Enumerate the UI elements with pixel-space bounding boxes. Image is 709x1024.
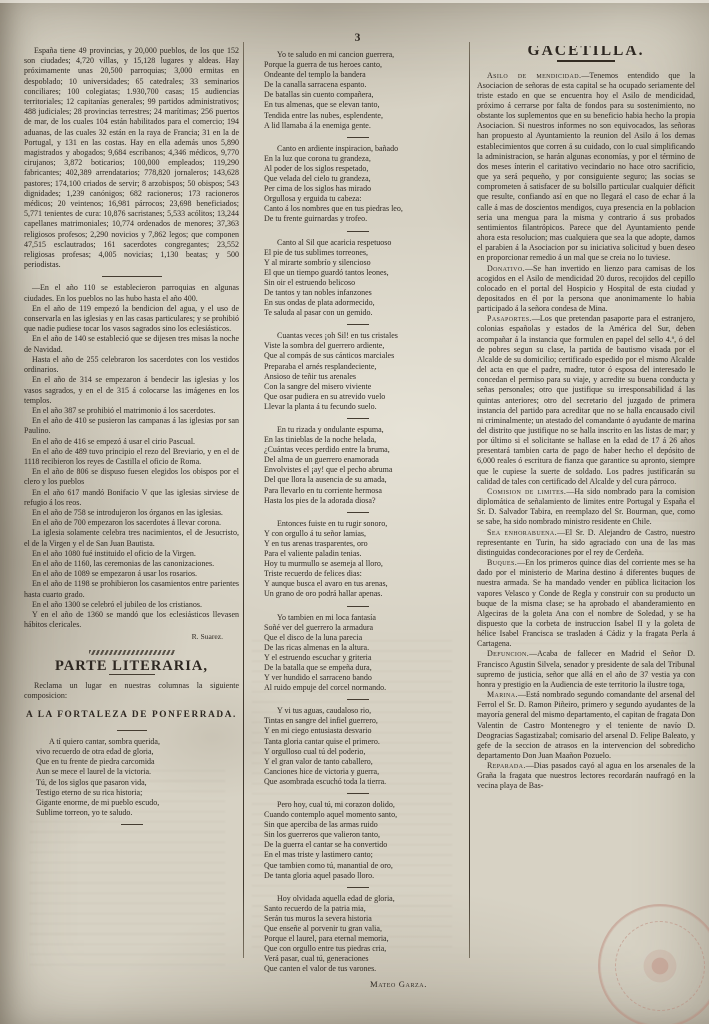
poem-line: Triste recuerdo de felices dias: — [264, 569, 463, 579]
poem-line: Preparaba el arnés resplandeciente, — [264, 362, 463, 372]
poem-line: Orgullosa y erguida tu cabeza: — [264, 194, 463, 204]
spain-statistics-paragraph: España tiene 49 provincias, y 20,000 pue… — [24, 46, 239, 270]
poem-line: Que tambien como tú, manantial de oro, — [264, 861, 463, 871]
author-signature: R. Suarez. — [24, 632, 239, 642]
decorative-rule — [89, 650, 175, 655]
poem-continuation: Yo te saludo en mi cancion guerrera,Porq… — [252, 50, 463, 975]
poem-line: Cuantas veces ¡oh Sil! en tus cristales — [264, 331, 463, 341]
poem-line: Tendida entre las nubes, esplendente, — [264, 111, 463, 121]
gacetilla-item-lead: Sea enhorabuena. — [487, 528, 557, 537]
poem-line: Hasta los pies de la adorada diosa? — [264, 496, 463, 506]
poem-line: Que enseñe al porvenir tu gran valia, — [264, 924, 463, 934]
poem-line: De batallas sin cuento compañera, — [264, 90, 463, 100]
poem-line: Que asombrada escuchó toda la tierra. — [264, 777, 463, 787]
gacetilla-item: Buques.—En los primeros quince dias del … — [477, 558, 695, 649]
poem-line: Santo recuerdo de la patria mia, — [264, 904, 463, 914]
poem-line: Soñé ver del guerrero la armadura — [264, 623, 463, 633]
poem-stanza: Pero hoy, cual tú, mi corazon dolido,Cua… — [252, 800, 463, 881]
poem-line: Tú, de los siglos que pasaron vida, — [36, 778, 239, 788]
section-divider-rule — [102, 276, 162, 277]
church-history-item: Y en el año de 1360 se mandó que los ecl… — [24, 610, 239, 630]
church-history-list: —En el año 110 se establecieron parroqui… — [24, 283, 239, 630]
church-history-item: En el año 617 mandó Bonifacio V que las … — [24, 488, 239, 508]
poem-line: Yo te saludo en mi cancion guerrera, — [264, 50, 463, 60]
poem-line: En tu rizada y ondulante espuma, — [264, 425, 463, 435]
church-history-item: En el año de 416 se empezó á usar el cir… — [24, 437, 239, 447]
poem-line: De la guerra el cantar se ha convertido — [264, 840, 463, 850]
church-history-item: En el año 1300 se celebró el jubileo de … — [24, 600, 239, 610]
poem-line: Sin que aperciba de las armas ruido — [264, 820, 463, 830]
poem-line: En las tinieblas de la noche helada, — [264, 435, 463, 445]
column-divider-rule — [469, 42, 470, 958]
gacetilla-item-lead: Comision de limites. — [487, 487, 566, 496]
poem-line: Del alma de un guerrero enamorada — [264, 455, 463, 465]
poem-line: Hoy olvidada aquella edad de gloria, — [264, 894, 463, 904]
church-history-item: En el año 387 se prohibió el matrimonio … — [24, 406, 239, 416]
stanza-separator — [252, 318, 463, 331]
poem-line: ¿Cuántas veces perdido entre la bruma, — [264, 445, 463, 455]
poem-line: De tu frente guirnardas y trofeo. — [264, 214, 463, 224]
poem-line: Que el disco de la luna parecia — [264, 633, 463, 643]
gacetilla-item-text: —Los que pretendan pasaporte para el est… — [477, 314, 695, 486]
church-history-item: Hasta el año de 255 celebraron los sacer… — [24, 355, 239, 375]
poem-line: Canto en ardiente inspiracion, bañado — [264, 144, 463, 154]
scan-top-edge — [0, 0, 709, 3]
poem-title-rule — [117, 730, 147, 731]
poem-stanza: Canto al Sil que acaricia respetuosoEl p… — [252, 238, 463, 319]
poem-line: Tanta gloria cantar quise el primero. — [264, 737, 463, 747]
poem-line: Canciones hice de victoria y guerra, — [264, 767, 463, 777]
stanza-separator — [252, 412, 463, 425]
poem-line: Canto al Sil que acaricia respetuoso — [264, 238, 463, 248]
poem-line: Tintas en sangre del infiel guerrero, — [264, 716, 463, 726]
literary-intro: Reclama un lugar en nuestras columnas la… — [24, 681, 239, 701]
gacetilla-item: Donativo.—Se han invertido en lienzo par… — [477, 264, 695, 315]
poem-line: Testigo eterno de su rica historia; — [36, 788, 239, 798]
poem-line: Del que llora la ausencia de su amada, — [264, 475, 463, 485]
left-column: España tiene 49 provincias, y 20,000 pue… — [24, 46, 239, 994]
poem-line: Que osar pudiera en su atrevido vuelo — [264, 392, 463, 402]
church-history-item: En el año de 119 empezó la bendicion del… — [24, 304, 239, 335]
poem-line: Y orgulloso cual tú del poderio, — [264, 747, 463, 757]
stanza-separator — [252, 131, 463, 144]
poem-line: El pie de tus sublimes torreones, — [264, 248, 463, 258]
stanza-separator — [252, 600, 463, 613]
poem-line: Hoy tu murmullo se asemeja al lloro, — [264, 559, 463, 569]
poem-line: Y en mi ciego entusiasta desvario — [264, 726, 463, 736]
poem-line: Que canten el valor de tus varones. — [264, 964, 463, 974]
gacetilla-item-lead: Asilo de mendicidad. — [487, 71, 581, 80]
poem-line: Yo tambien en mi loca fantasía — [264, 613, 463, 623]
poem-line: Envolvistes el ¡ay! que el pecho abruma — [264, 465, 463, 475]
poem-line: Llevar la planta á tu fecundo suelo. — [264, 402, 463, 412]
church-history-item: En el año de 410 se pusieron las campana… — [24, 416, 239, 436]
poem-line: El que un tiempo guardó tantos leones, — [264, 268, 463, 278]
church-history-item: En el año de 489 tuvo principio el rezo … — [24, 447, 239, 467]
church-history-item: En el año de 1160, las ceremonias de las… — [24, 559, 239, 569]
poem-line: Sin los guerreros que valieron tanto, — [264, 830, 463, 840]
poem-line: De la batalla que se empeña dura, — [264, 663, 463, 673]
poem-line: A lid llamaba á la enemiga gente. — [264, 121, 463, 131]
poem-line: Para el valiente paladin tenias. — [264, 549, 463, 559]
gacetilla-item: Asilo de mendicidad.—Tenemos entendido q… — [477, 71, 695, 264]
poem-line: Pero hoy, cual tú, mi corazon dolido, — [264, 800, 463, 810]
poem-line: Que velada del cielo tu grandeza, — [264, 174, 463, 184]
poem-line: Y al mirarte sombrío y silencioso — [264, 258, 463, 268]
poem-line: Per cima de los siglos has mirado — [264, 184, 463, 194]
poem-stanza: Entonces fuiste en tu rugir sonoro,Y con… — [252, 519, 463, 600]
library-stamp — [598, 904, 709, 1024]
church-history-item: La iglesia solamente celebra tres nacimi… — [24, 528, 239, 548]
poem-line: De tantos y tan nobles infanzones — [264, 288, 463, 298]
poem-line: Y con orgullo á tu señor lamias, — [264, 529, 463, 539]
poem-line: Ansioso de teñir tus arenales — [264, 372, 463, 382]
gacetilla-item-text: —En los primeros quince dias del corrien… — [477, 558, 695, 648]
stanza-separator — [252, 506, 463, 519]
poem-line: Aun se mece el laurel de la victoria. — [36, 767, 239, 777]
church-history-item: En el año de 806 se dispuso fuesen elegi… — [24, 467, 239, 487]
poem-line: Que al compás de sus cánticos marciales — [264, 351, 463, 361]
gacetilla-item: Pasaportes.—Los que pretendan pasaporte … — [477, 314, 695, 487]
poem-line: Para llevarlo en tu corriente hermosa — [264, 486, 463, 496]
poem-line: En sus ondas de plata adormecido, — [264, 298, 463, 308]
gacetilla-item-lead: Pasaportes. — [487, 314, 532, 323]
poem-line: Y vi tus aguas, caudaloso rio, — [264, 706, 463, 716]
church-history-item: En el año de 1089 se empezaron á usar lo… — [24, 569, 239, 579]
poem-line: En la luz que corona tu grandeza, — [264, 154, 463, 164]
poem-line: Sublime torreon, yo te saludo. — [36, 808, 239, 818]
poem-line: Ondeante del templo la bandera — [264, 70, 463, 80]
poem-line: Serán tus muros la severa historia — [264, 914, 463, 924]
gacetilla-heading: GACETILLA. — [477, 46, 695, 56]
poem-line: Canto á los nombres que en tus piedras l… — [264, 204, 463, 214]
stanza-separator — [252, 881, 463, 894]
poem-line: Que en tu frente de piedra carcomida — [36, 757, 239, 767]
poem-line: Y el estruendo escuchar y griteria — [264, 653, 463, 663]
middle-column: 3 Yo te saludo en mi cancion guerrera,Po… — [252, 32, 463, 990]
gacetilla-item: Defuncion.—Acaba de fallecer en Madrid e… — [477, 649, 695, 690]
poem-stanza: Cuantas veces ¡oh Sil! en tus cristalesV… — [252, 331, 463, 412]
gacetilla-item: Comision de limites.—Ha sido nombrado pa… — [477, 487, 695, 528]
gacetilla-item-lead: Buques. — [487, 558, 517, 567]
poem-line: Al poder de los siglos respetado, — [264, 164, 463, 174]
gacetilla-item-text: —Está nombrado segundo comandante del ar… — [477, 690, 695, 760]
poem-line: Al ruido empuje del corcel normando. — [264, 683, 463, 693]
church-history-item: En el año 1080 fué instituido el oficio … — [24, 549, 239, 559]
stanza-separator — [252, 787, 463, 800]
poem-line: Sin oir el estruendo belicoso — [264, 278, 463, 288]
poem-line: vivo recuerdo de otra edad de gloria, — [36, 747, 239, 757]
poem-line: Y aunque busca el avaro en tus arenas, — [264, 579, 463, 589]
gacetilla-item-lead: Donativo. — [487, 264, 525, 273]
gacetilla-item-lead: Reparada. — [487, 761, 526, 770]
poem-title: A LA FORTALEZA DE PONFERRADA. — [24, 710, 239, 720]
poem-line: Viste la sombra del guerrero ardiente, — [264, 341, 463, 351]
poem-line: Porque la guerra de tus heroes canto, — [264, 60, 463, 70]
poem-stanza: Y vi tus aguas, caudaloso rio,Tintas en … — [252, 706, 463, 787]
heading-underline-rule — [557, 60, 615, 61]
stanza-separator — [252, 225, 463, 238]
church-history-item: En el año de 758 se introdujeron los órg… — [24, 508, 239, 518]
right-column: GACETILLA. Asilo de mendicidad.—Tenemos … — [477, 46, 695, 988]
poem-stanza: Hoy olvidada aquella edad de gloria,Sant… — [252, 894, 463, 975]
church-history-item: En el año de 700 empezaron los sacerdote… — [24, 518, 239, 528]
gacetilla-news-list: Asilo de mendicidad.—Tenemos entendido q… — [477, 71, 695, 792]
poet-signature: Mateo Garza. — [252, 979, 463, 989]
poem-stanza: Yo tambien en mi loca fantasíaSoñé ver d… — [252, 613, 463, 694]
poem-line: Que con orgullo entre tus piedras cria, — [264, 944, 463, 954]
gacetilla-item-text: —Tenemos entendido que la Asociacion de … — [477, 71, 695, 263]
stanza-separator — [121, 824, 143, 825]
poem-line: Y ver hundido el sarraceno bando — [264, 673, 463, 683]
poem-line: Verá pasar, cual tú, generaciones — [264, 954, 463, 964]
poem-line: Y el gran valor de tanto caballero, — [264, 757, 463, 767]
poem-stanza: A tí quiero cantar, sombra querida,vivo … — [24, 737, 239, 819]
poem-line: Te saluda al pasar con un gemido. — [264, 308, 463, 318]
poem-line: Gigante enorme, de mi pueblo escudo, — [36, 798, 239, 808]
poem-line: Porque el laurel, para eternal memoria, — [264, 934, 463, 944]
church-history-item: —En el año 110 se establecieron parroqui… — [24, 283, 239, 303]
poem-line: Un grano de oro podrá hallar apenas. — [264, 589, 463, 599]
church-history-item: En el año de 140 se estableció que se di… — [24, 334, 239, 354]
poem-line: Cuando contemplo aquel momento santo, — [264, 810, 463, 820]
poem-line: Con la sangre del misero viviente — [264, 382, 463, 392]
gacetilla-item-lead: Defuncion. — [487, 649, 529, 658]
poem-line: En tus almenas, que se elevan tanto, — [264, 100, 463, 110]
gacetilla-item: Marina.—Está nombrado segundo comandante… — [477, 690, 695, 761]
poem-line: De tanta gloria aquel pasado lloro. — [264, 871, 463, 881]
parte-literaria-heading: PARTE LITERARIA, — [24, 661, 239, 671]
gacetilla-item: Reparada.—Dias pasados cayó al agua en l… — [477, 761, 695, 791]
poem-line: De las ricas almenas en la altura. — [264, 643, 463, 653]
poem-line: De la canalla sarracena espanto. — [264, 80, 463, 90]
page-number: 3 — [252, 32, 463, 45]
poem-stanza: En tu rizada y ondulante espuma,En las t… — [252, 425, 463, 506]
poem-stanza: Yo te saludo en mi cancion guerrera,Porq… — [252, 50, 463, 131]
poem-line: Y en tus arenas trasparentes, oro — [264, 539, 463, 549]
heading-underline-rule — [109, 674, 155, 675]
gacetilla-item: Sea enhorabuena.—El Sr. D. Alejandro de … — [477, 528, 695, 558]
stanza-separator — [252, 693, 463, 706]
church-history-item: En el año de 1198 se prohibieron los cas… — [24, 579, 239, 599]
newspaper-page: España tiene 49 provincias, y 20,000 pue… — [0, 0, 709, 1024]
gacetilla-item-lead: Marina. — [487, 690, 518, 699]
poem-line: A tí quiero cantar, sombra querida, — [36, 737, 239, 747]
poem-line: Entonces fuiste en tu rugir sonoro, — [264, 519, 463, 529]
poem-line: En el mas triste y lastimero canto; — [264, 850, 463, 860]
column-divider-rule — [243, 42, 244, 958]
poem-stanza: Canto en ardiente inspiracion, bañadoEn … — [252, 144, 463, 225]
church-history-item: En el año de 314 se empezaron á bendecir… — [24, 375, 239, 406]
